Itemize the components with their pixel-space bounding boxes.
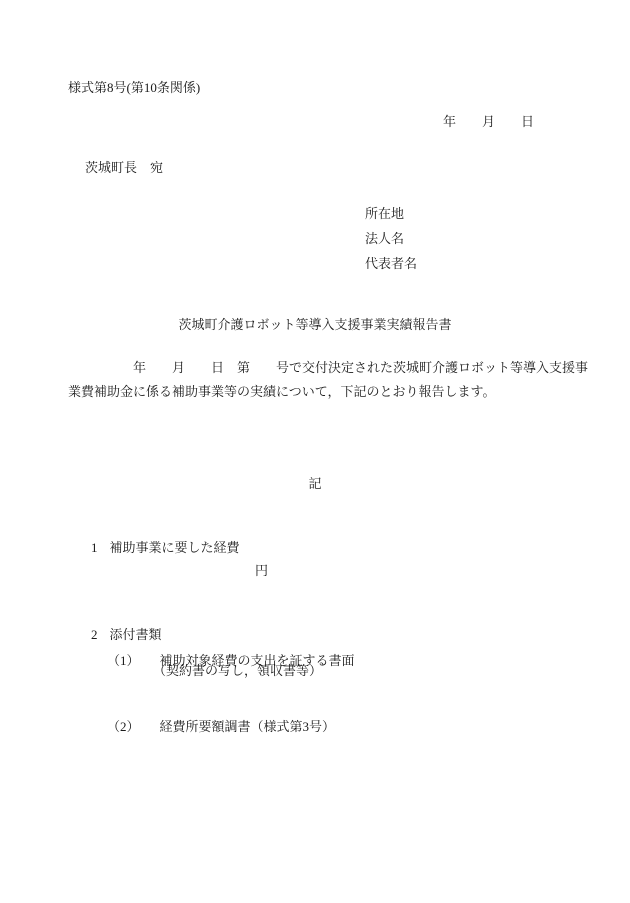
attachment-item-2-text: 経費所要額調書（様式第3号） (160, 719, 336, 734)
date-line: 年 月 日 (443, 114, 534, 130)
form-number: 様式第8号(第10条関係) (68, 80, 200, 96)
section-1-number: 1 (91, 540, 98, 556)
amount-unit-yen: 円 (255, 563, 268, 579)
section-1-heading-text: 補助事業に要した経費 (110, 540, 240, 555)
body-paragraph-line-2: 業費補助金に係る補助事業等の実績について，下記のとおり報告します。 (68, 384, 495, 400)
sender-representative-label: 代表者名 (365, 251, 417, 276)
document-title: 茨城町介護ロボット等導入支援事業実績報告書 (0, 317, 630, 333)
sender-corporate-name-label: 法人名 (365, 226, 417, 251)
section-1-heading: 1補助事業に要した経費 (78, 524, 240, 573)
attachment-item-1-note: （契約書の写し，領収書等） (153, 663, 322, 679)
attachment-item-1-label: （1） (107, 653, 140, 669)
body-paragraph-line-1: 年 月 日 第 号で交付決定された茨城町介護ロボット等導入支援事 (133, 360, 588, 376)
attachment-item-2: （2）経費所要額調書（様式第3号） (94, 703, 335, 752)
document-page: 様式第8号(第10条関係) 年 月 日 茨城町長 宛 所在地 法人名 代表者名 … (0, 0, 630, 903)
record-marker: 記 (0, 476, 630, 492)
sender-location-label: 所在地 (365, 201, 417, 226)
addressee: 茨城町長 宛 (85, 160, 163, 176)
attachment-item-2-label: （2） (107, 719, 140, 735)
sender-block: 所在地 法人名 代表者名 (365, 201, 417, 276)
